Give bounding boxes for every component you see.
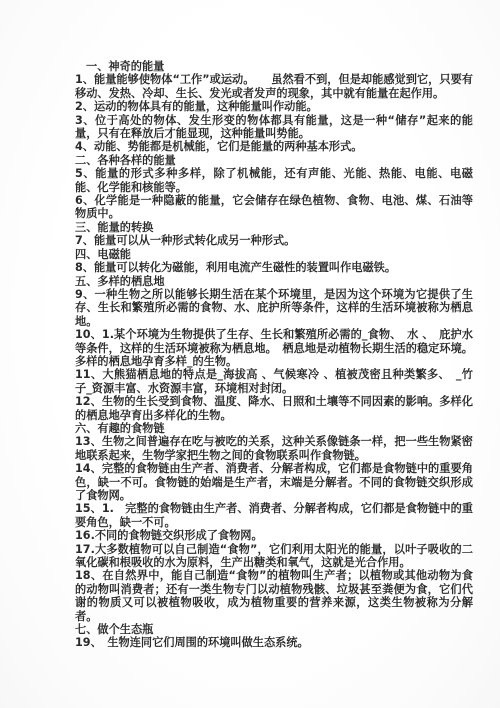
note-item: 18、在自然界中，能自己制造“食物”的植物叫生产者；以植物或其他动物为食的动物叫… <box>75 569 473 623</box>
note-item: 17.大多数植物可以自己制造“食物”，它们利用太阳光的能量，以叶子吸收的二氧化碳… <box>75 543 473 570</box>
note-item: 8、能量可以转化为磁能，利用电流产生磁性的装置叫作电磁铁。 <box>75 261 473 274</box>
document-page: 一、神奇的能量1、能量能够使物体“工作”或运动。 虽然看不到，但是却能感觉到它，… <box>0 0 500 708</box>
note-item: 3、位于高处的物体、发生形变的物体都具有能量，这是一种“储存”起来的能量，只有在… <box>75 114 473 141</box>
note-item: 16.不同的食物链交织形成了食物网。 <box>75 529 473 542</box>
note-item: 2、运动的物体具有的能量，这种能量叫作动能。 <box>75 100 473 113</box>
note-item: 14、完整的食物链由生产者、消费者、分解者构成，它们都是食物链中的重要角色，缺一… <box>75 462 473 502</box>
note-item: 7、能量可以从一种形式转化成另一种形式。 <box>75 234 473 247</box>
note-item: 9、一种生物之所以能够长期生活在某个环境里，是因为这个环境为它提供了生存、生长和… <box>75 288 473 328</box>
note-item: 13、生物之间普遍存在吃与被吃的关系，这种关系像链条一样，把一些生物紧密地联系起… <box>75 435 473 462</box>
section-heading: 三、能量的转换 <box>75 221 473 234</box>
note-item: 19、 生物连同它们周围的环境叫做生态系统。 <box>75 636 473 649</box>
note-item: 5、能量的形式多种多样，除了机械能，还有声能、光能、热能、电能、电磁能、化学能和… <box>75 167 473 194</box>
note-item: 4、动能、势能都是机械能，它们是能量的两种基本形式。 <box>75 140 473 153</box>
section-heading: 七、做个生态瓶 <box>75 623 473 636</box>
note-item: 11、大熊猫栖息地的特点是_海拔高 、气候寒冷 、植被茂密且种类繁多、 _竹子_… <box>75 368 473 395</box>
note-item: 10、1.某个环境为生物提供了生存、生长和繁殖所必需的_食物、 水 、 庇护水等… <box>75 328 473 368</box>
section-heading: 五、多样的栖息地 <box>75 275 473 288</box>
note-item: 15、1. 完整的食物链由生产者、消费者、分解者构成，它们都是食物链中的重要角色… <box>75 502 473 529</box>
section-heading: 二、各种各样的能量 <box>75 154 473 167</box>
section-heading: 六、有趣的食物链 <box>75 422 473 435</box>
note-item: 12、生物的生长受到食物、温度、降水、日照和土壤等不同因素的影响。多样化的栖息地… <box>75 395 473 422</box>
section-heading: 四、电磁能 <box>75 248 473 261</box>
note-item: 1、能量能够使物体“工作”或运动。 虽然看不到，但是却能感觉到它，只要有移动、发… <box>75 73 473 100</box>
section-heading: 一、神奇的能量 <box>75 60 473 73</box>
notes-document: 一、神奇的能量1、能量能够使物体“工作”或运动。 虽然看不到，但是却能感觉到它，… <box>75 60 473 650</box>
note-item: 6、化学能是一种隐蔽的能量，它会储存在绿色植物、食物、电池、煤、石油等物质中。 <box>75 194 473 221</box>
